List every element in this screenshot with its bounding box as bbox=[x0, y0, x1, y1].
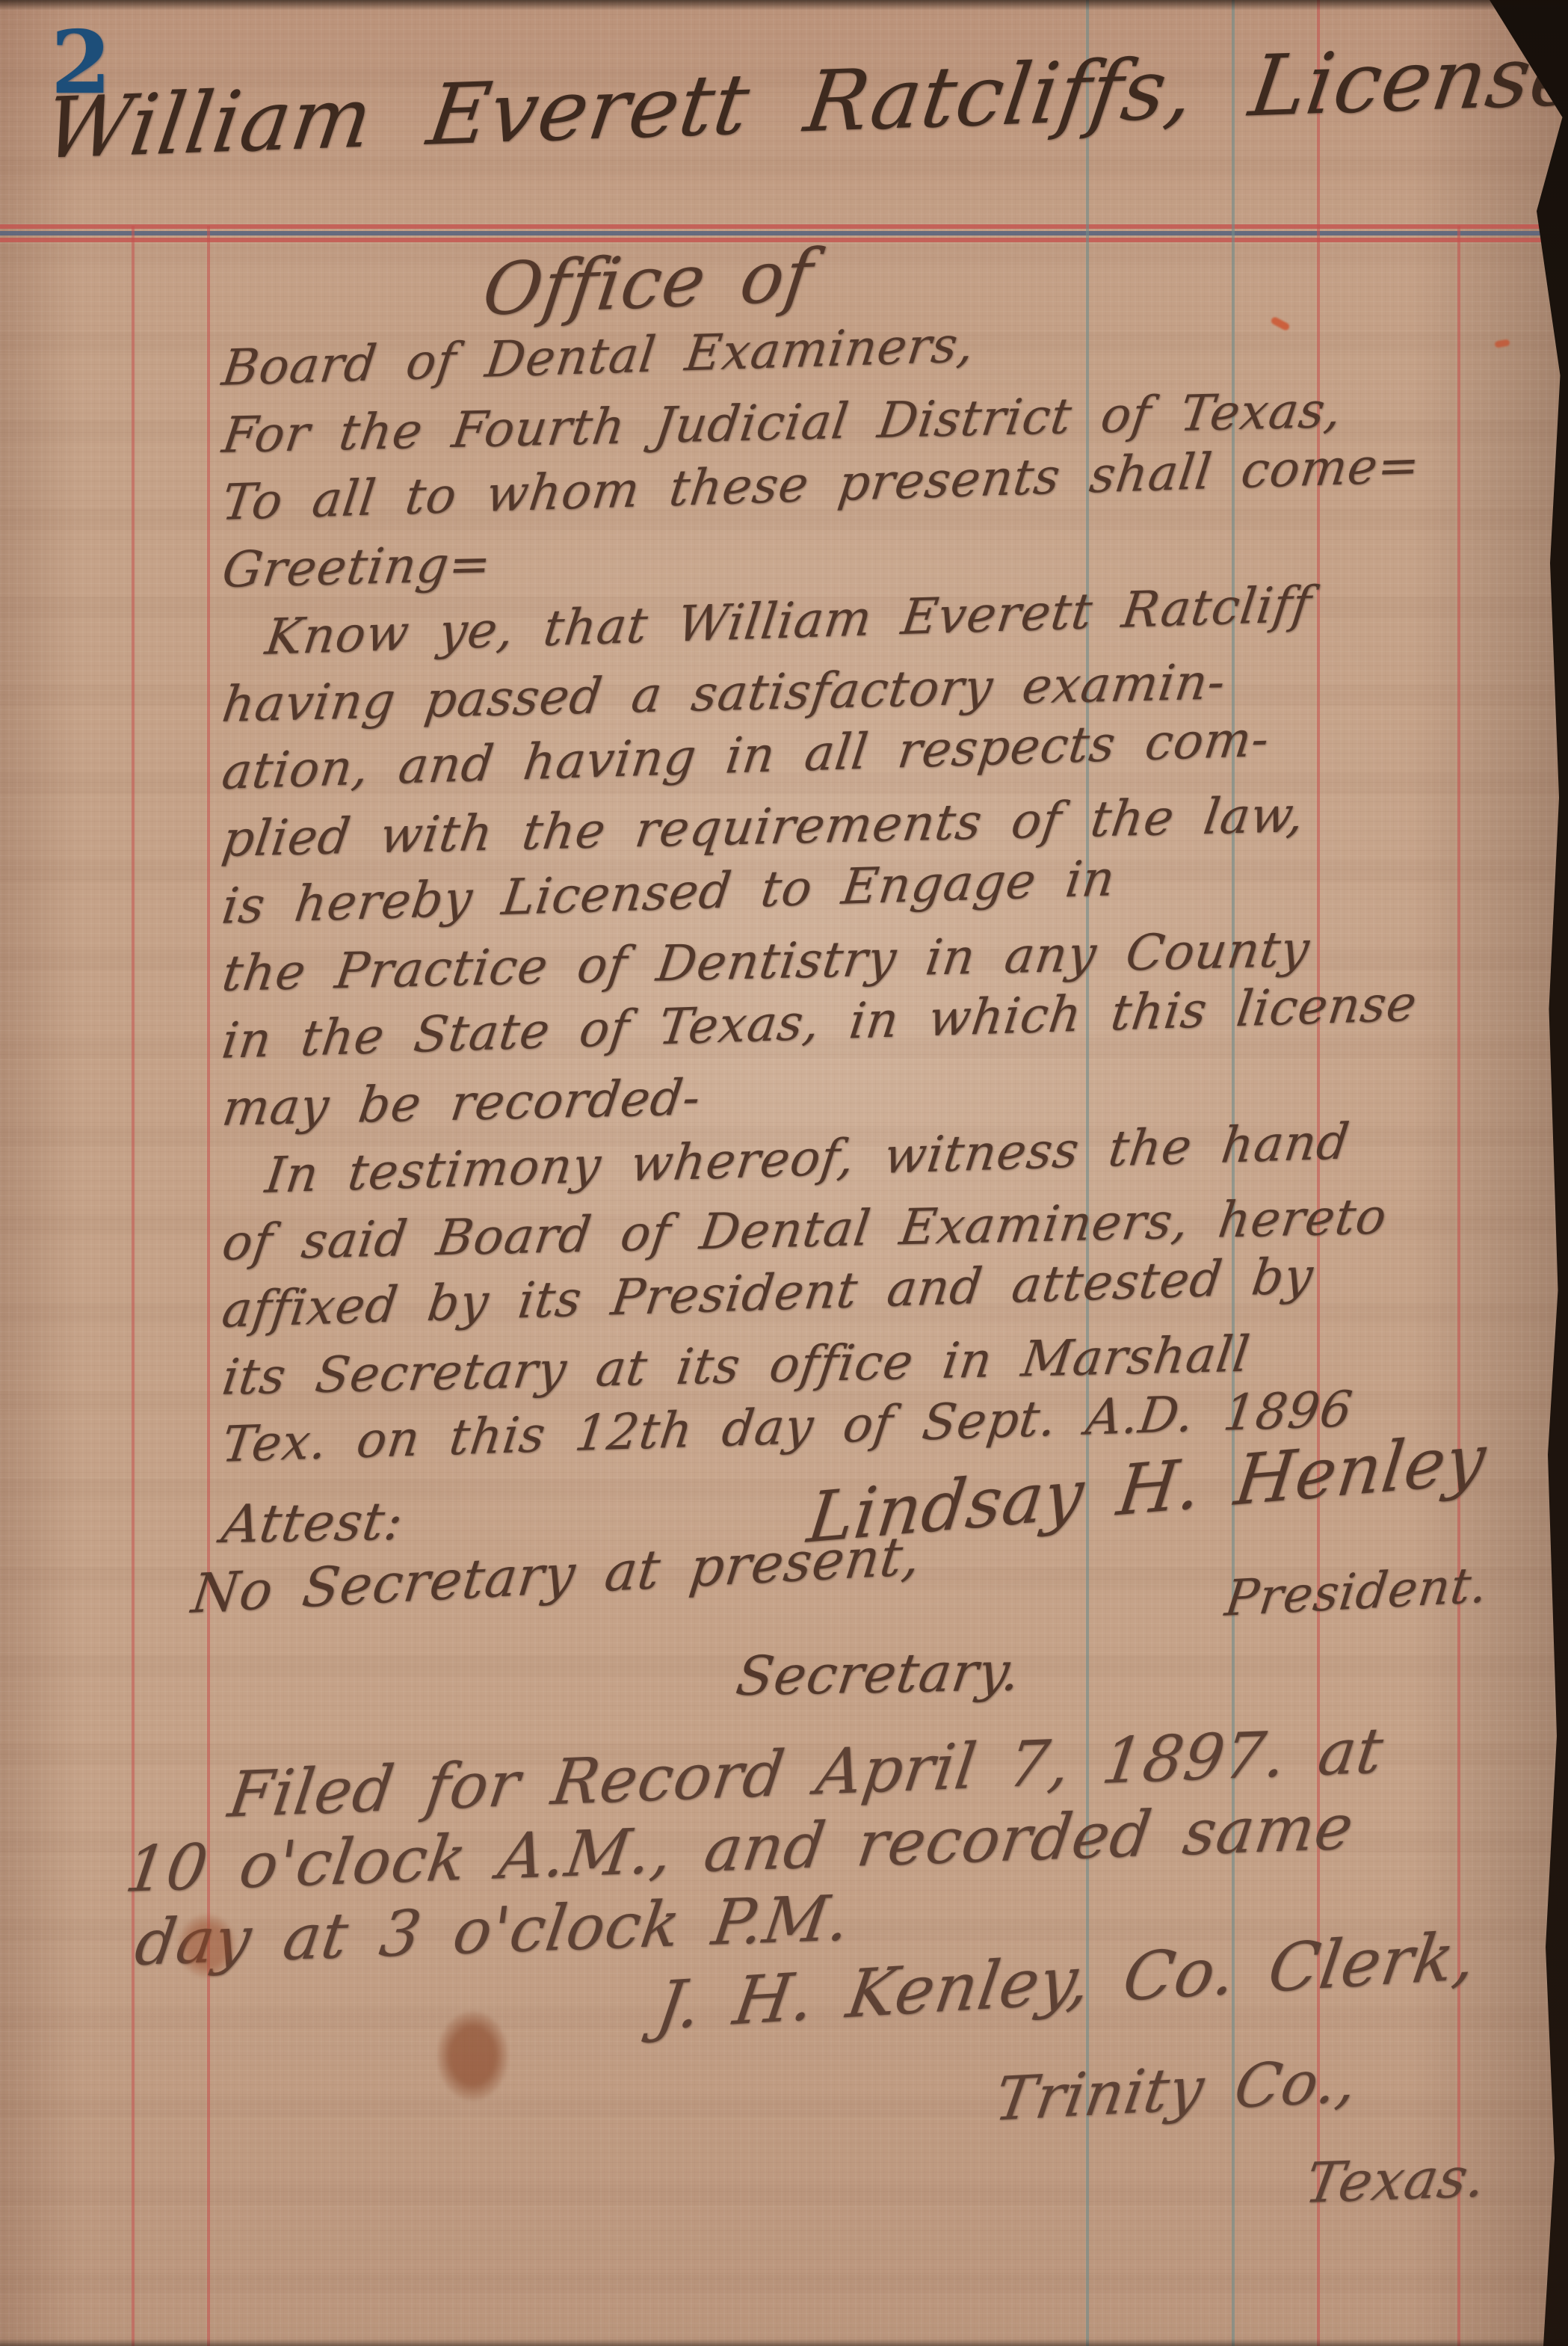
license-body: Board of Dental Examiners, For the Fourt… bbox=[218, 335, 1486, 1479]
margin-line-left-inner-red bbox=[207, 226, 210, 2346]
state-line: Texas. bbox=[1300, 2145, 1492, 2216]
page-edge-shadow-bottom bbox=[0, 2339, 1568, 2346]
secretary-label: Secretary. bbox=[732, 1640, 1025, 1708]
red-fleck bbox=[1494, 339, 1510, 348]
attest-label: Attest: bbox=[218, 1491, 407, 1555]
ink-stain bbox=[437, 2011, 508, 2101]
header-rule-red-top bbox=[0, 224, 1568, 229]
president-title: President. bbox=[1222, 1556, 1491, 1628]
page-edge-shadow-top bbox=[0, 0, 1568, 10]
ledger-page: 2 William Everett Ratcliffs, License. Of… bbox=[0, 0, 1568, 2346]
document-title: William Everett Ratcliffs, License. bbox=[39, 25, 1568, 178]
margin-line-left-outer-red bbox=[132, 226, 135, 2346]
county-line: Trinity Co., bbox=[990, 2045, 1362, 2134]
